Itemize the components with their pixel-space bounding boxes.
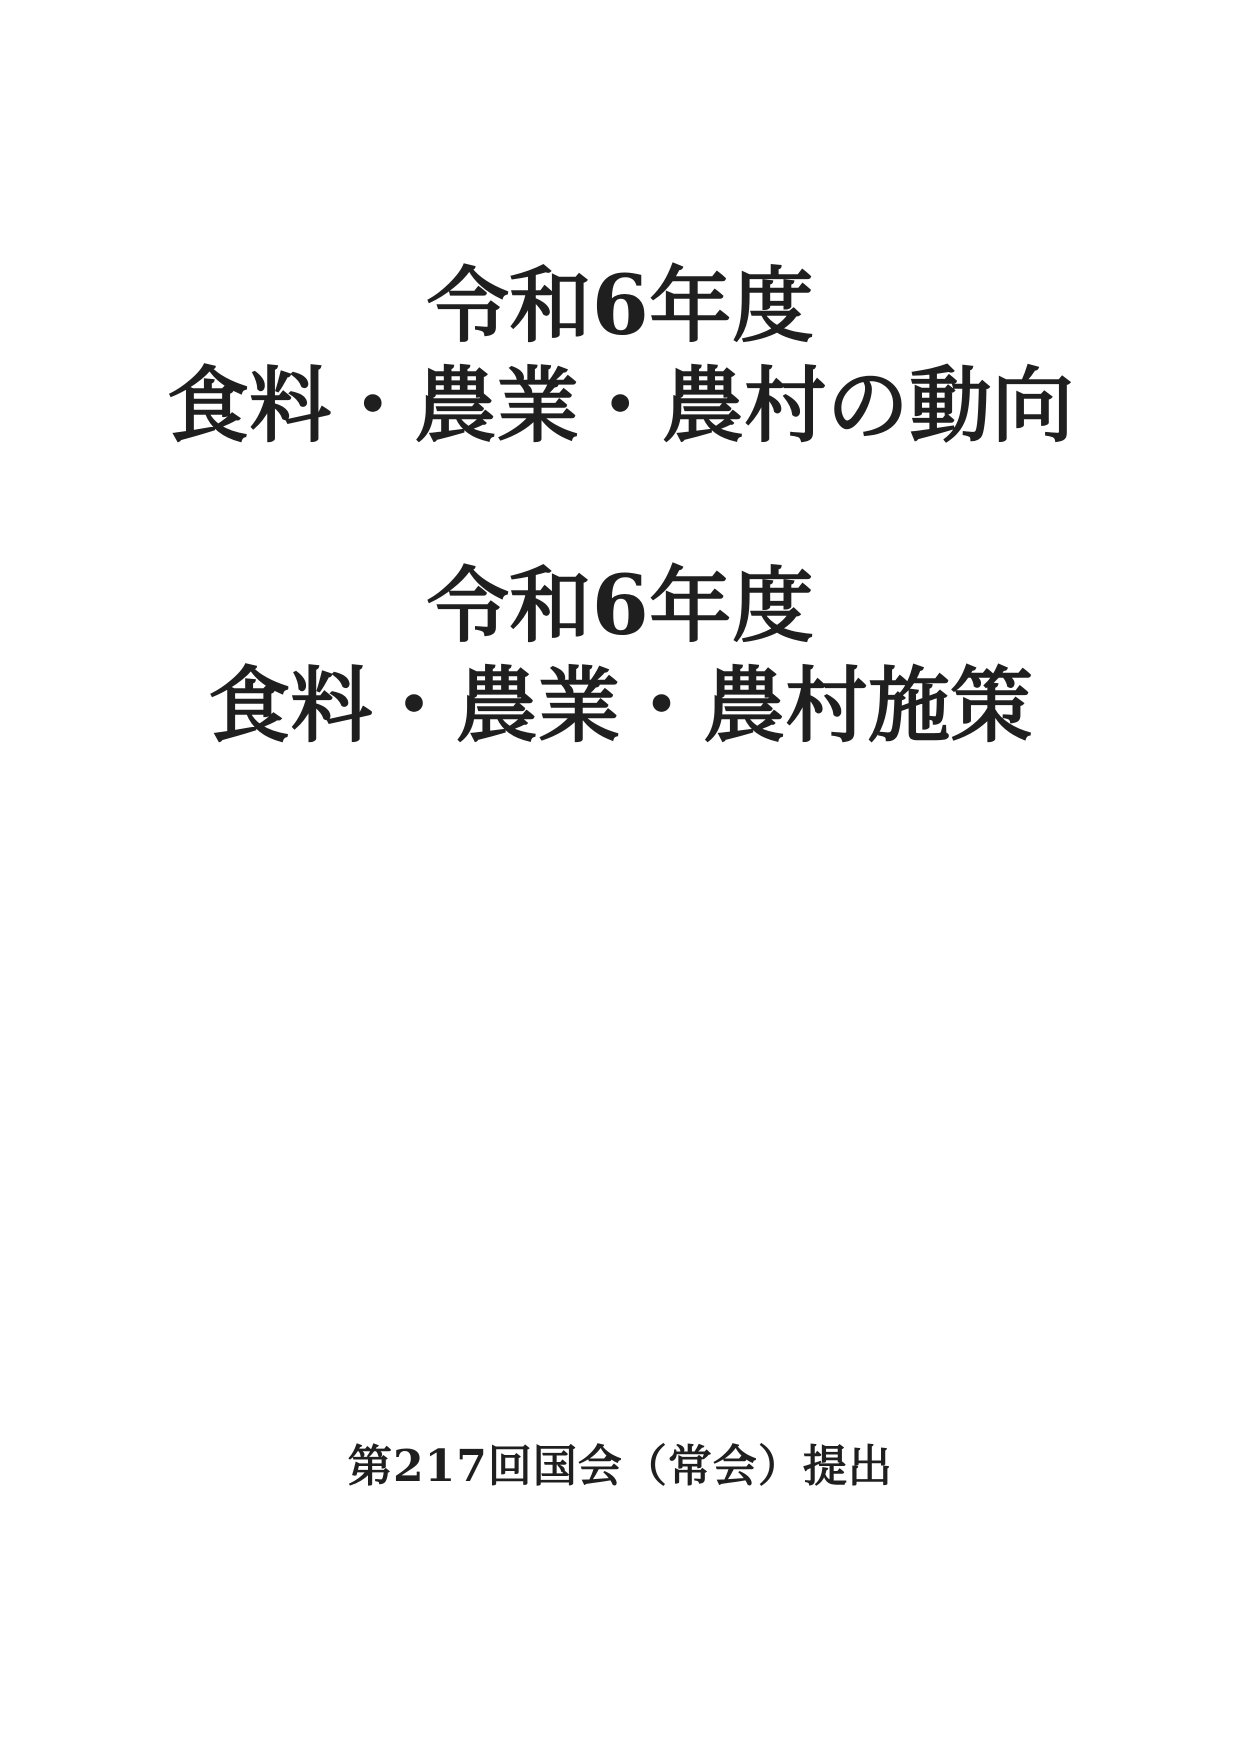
title-block-policies: 令和6年度 食料・農業・農村施策 bbox=[0, 556, 1241, 756]
title-line-trends: 食料・農業・農村の動向 bbox=[0, 356, 1241, 456]
title-line-policies: 食料・農業・農村施策 bbox=[0, 656, 1241, 756]
submission-note: 第217回国会（常会）提出 bbox=[0, 1437, 1241, 1497]
cover-titles: 令和6年度 食料・農業・農村の動向 令和6年度 食料・農業・農村施策 bbox=[0, 256, 1241, 756]
document-page: 令和6年度 食料・農業・農村の動向 令和6年度 食料・農業・農村施策 第217回… bbox=[0, 0, 1241, 1754]
fiscal-year-line-2: 令和6年度 bbox=[0, 556, 1241, 656]
title-block-trends: 令和6年度 食料・農業・農村の動向 bbox=[0, 256, 1241, 456]
fiscal-year-line-1: 令和6年度 bbox=[0, 256, 1241, 356]
